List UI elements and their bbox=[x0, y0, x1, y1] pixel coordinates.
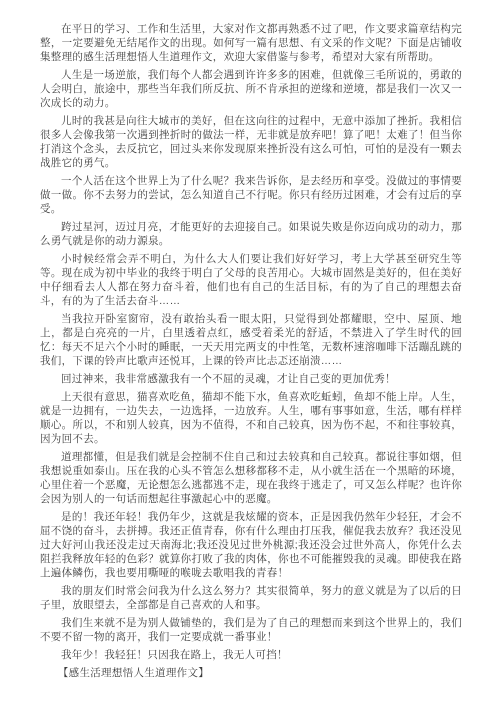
essay-footer-tag: 【感生活理想悟人生道理作文】 bbox=[40, 666, 462, 680]
document-page: 在平日的学习、工作和生活里，大家对作文都再熟悉不过了吧，作文要求篇章结构完整，一… bbox=[0, 0, 500, 708]
essay-paragraph: 人生是一场逆旅，我们每个人都会遇到许许多多的困难，但就像三毛所说的，勇敢的人会明… bbox=[40, 68, 462, 110]
essay-paragraph: 我年少！我轻狂！只因我在路上，我无人可挡！ bbox=[40, 648, 462, 662]
essay-paragraph: 上天很有意思，猫喜欢吃鱼，猫却不能下水，鱼喜欢吃蚯蚓，鱼却不能上岸。人生，就是一… bbox=[40, 390, 462, 446]
essay-document: 在平日的学习、工作和生活里，大家对作文都再熟悉不过了吧，作文要求篇章结构完整，一… bbox=[40, 22, 462, 680]
essay-paragraph: 在平日的学习、工作和生活里，大家对作文都再熟悉不过了吧，作文要求篇章结构完整，一… bbox=[40, 22, 462, 64]
essay-paragraph: 道理都懂，但是我们就是会控制不住自己和过去较真和自己较真。都说往事如烟，但我想说… bbox=[40, 450, 462, 506]
essay-paragraph: 我们生来就不是为别人做铺垫的，我们是为了自己的理想而来到这个世界上的，我们不要不… bbox=[40, 616, 462, 644]
essay-paragraph: 我的朋友们时常会问我为什么这么努力？其实很简单，努力的意义就是为了以后的日子里，… bbox=[40, 584, 462, 612]
essay-paragraph: 小时候经常会弄不明白，为什么大人们要让我们好好学习，考上大学甚至研究生等等。现在… bbox=[40, 252, 462, 308]
essay-paragraph: 儿时的我甚是向往大城市的美好，但在这向往的过程中，无意中添加了挫折。我相信很多人… bbox=[40, 114, 462, 170]
essay-paragraph: 回过神来，我非常感激我有一个不屈的灵魂，才让自己变的更加优秀！ bbox=[40, 372, 462, 386]
essay-paragraph: 跨过星河，迈过月亮，才能更好的去迎接自己。如果说失败是你迈向成功的动力，那么勇气… bbox=[40, 220, 462, 248]
essay-paragraph: 一个人活在这个世界上为了什么呢？我来告诉你，是去经历和享受。没做过的事情要做一做… bbox=[40, 174, 462, 216]
essay-paragraph: 是的！我还年轻！我仍年少，这就是我炫耀的资本，正是因我仍然年少轻狂，才会不屈不饶… bbox=[40, 510, 462, 580]
essay-paragraph: 当我拉开卧室窗帘，没有敢抬头看一眼太阳，只觉得到处都耀眼，空中、屋顶、地上，都是… bbox=[40, 312, 462, 368]
